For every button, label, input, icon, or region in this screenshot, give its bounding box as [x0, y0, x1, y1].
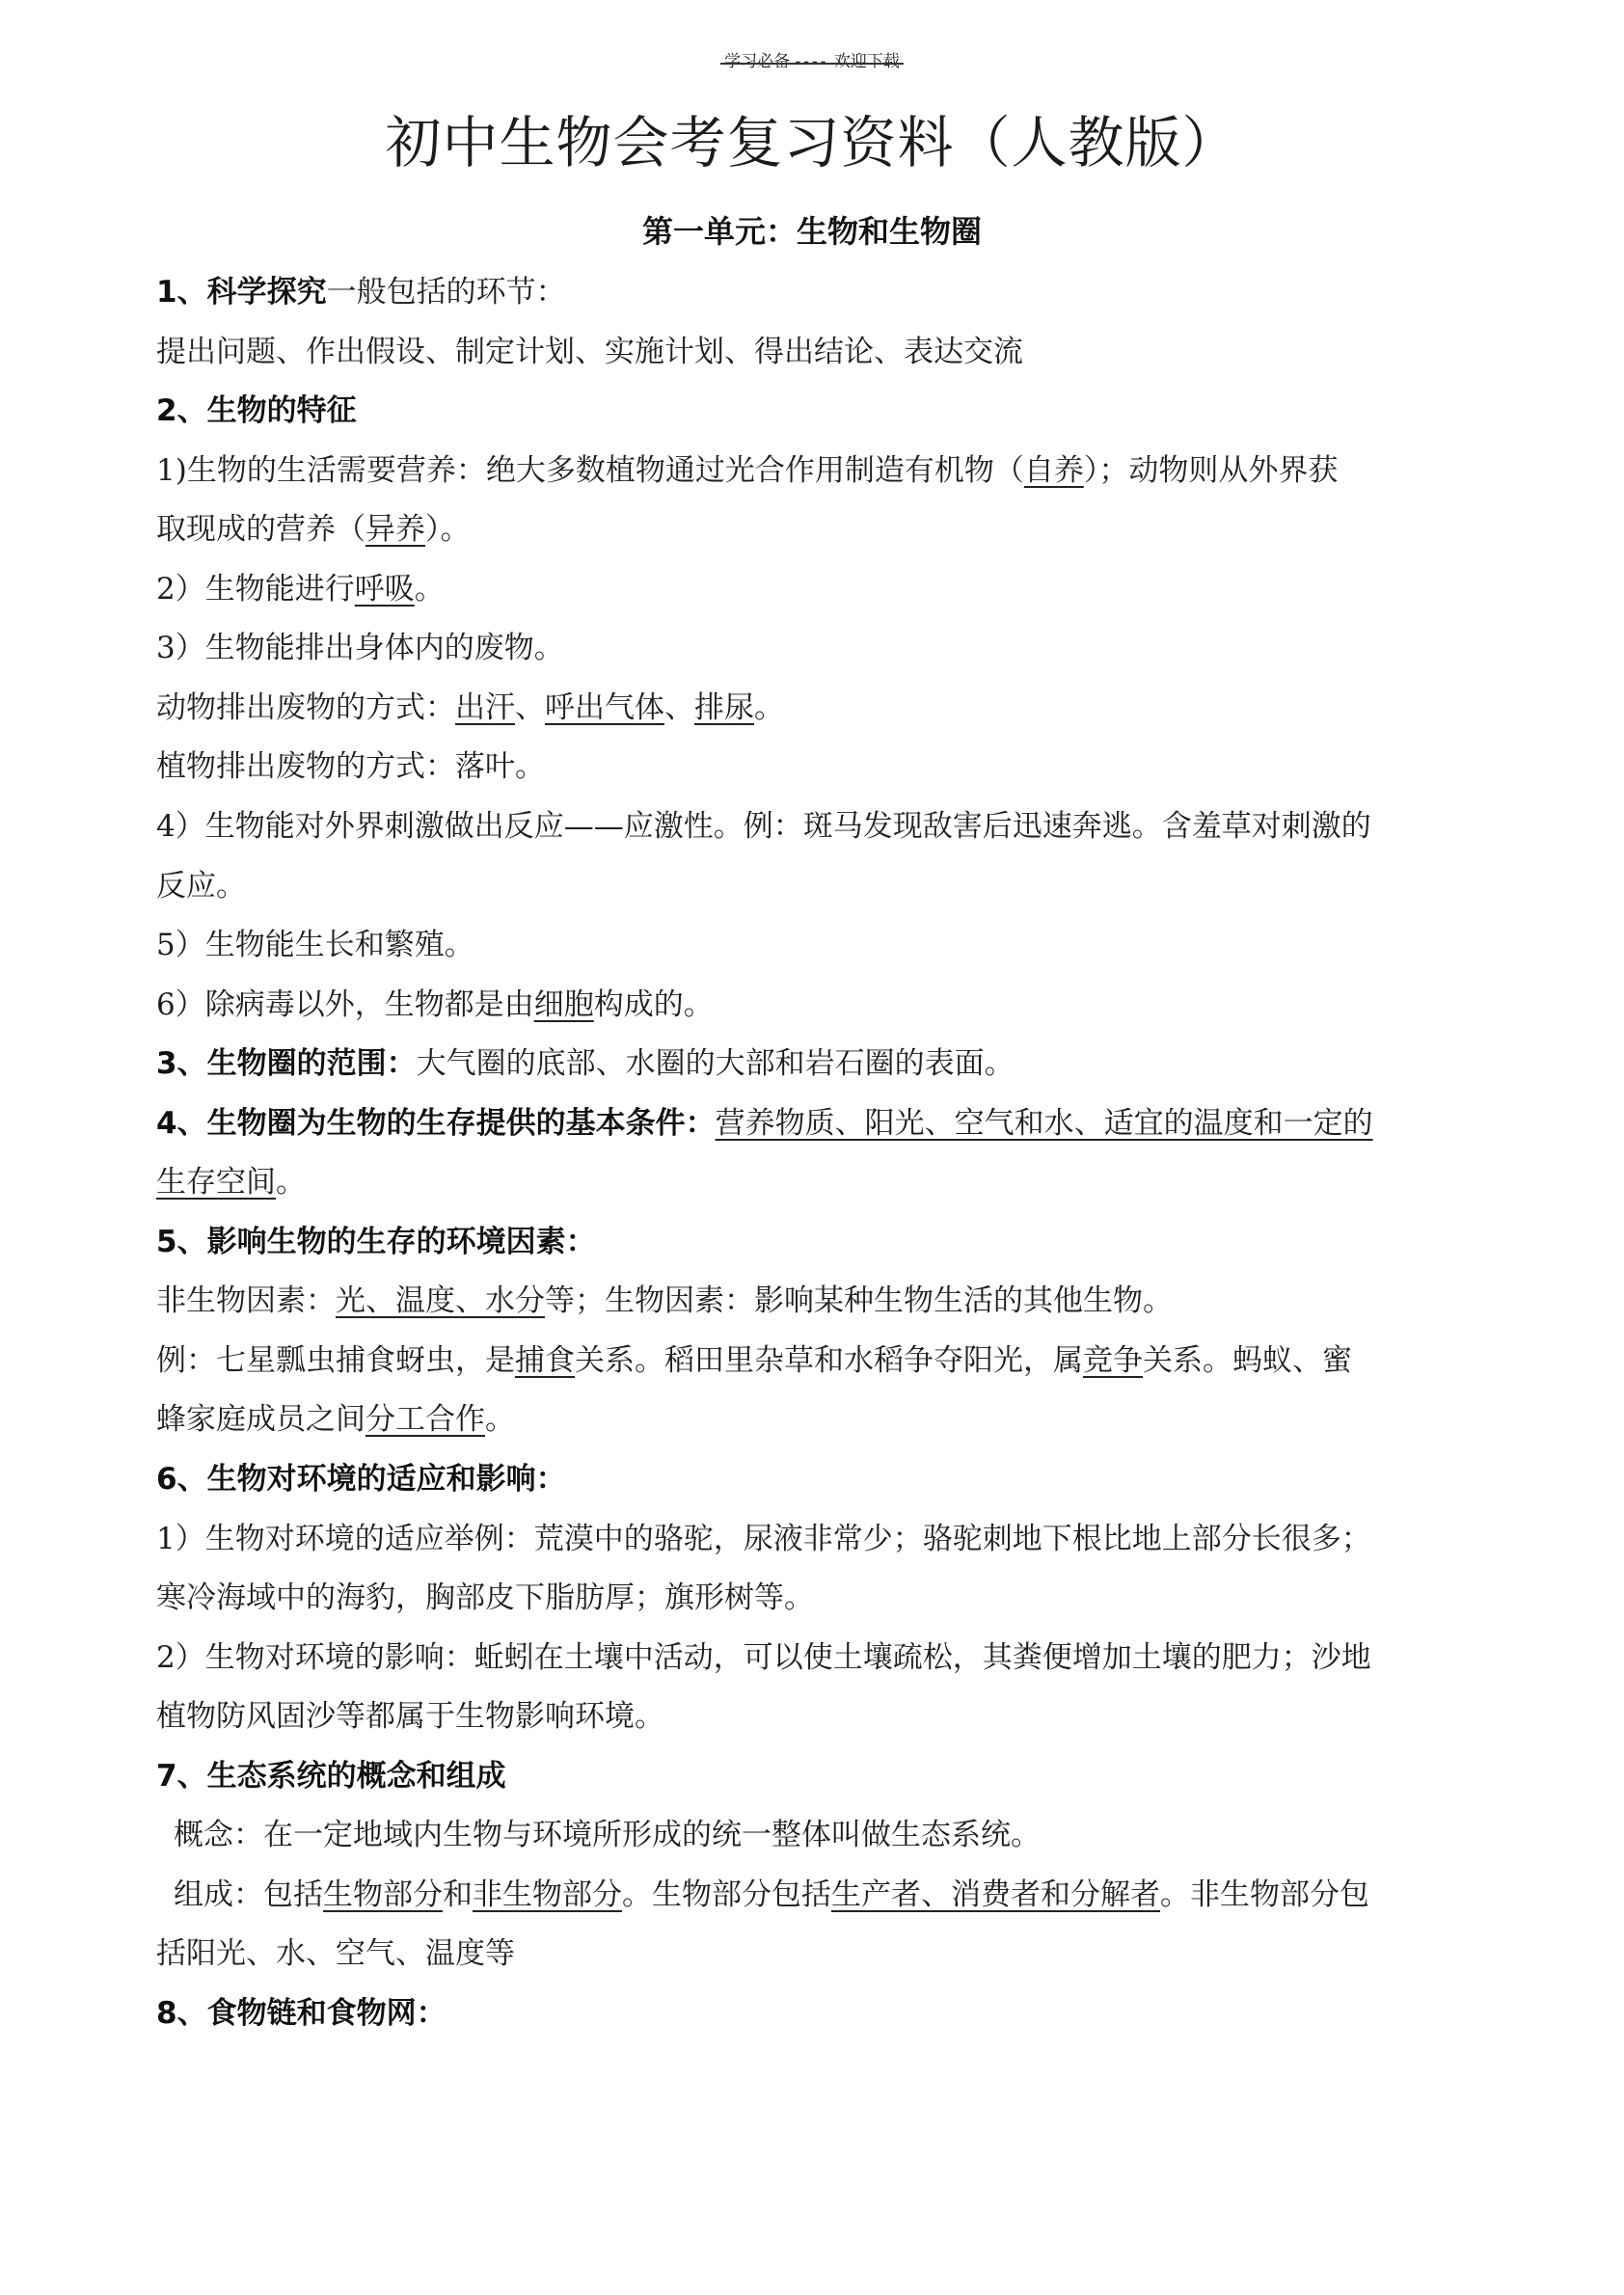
body-text: 寒冷海域中的海豹，胸部皮下脂肪厚；旗形树等。 [156, 1580, 814, 1615]
text-line: 1)生物的生活需要营养：绝大多数植物通过光合作用制造有机物（自养）；动物则从外界… [156, 450, 1497, 491]
body-text: 。 [276, 1165, 306, 1200]
text-line: 1、科学探究一般包括的环节： [156, 272, 1497, 312]
body-text: 1）生物对环境的适应举例：荒漠中的骆驼，尿液非常少；骆驼刺地下根比地上部分长很多… [156, 1522, 1371, 1556]
underlined-key-term: 生存空间 [156, 1165, 276, 1200]
body-text: 反应。 [156, 869, 246, 904]
body-text: 1)生物的生活需要营养：绝大多数植物通过光合作用制造有机物（ [156, 453, 1024, 488]
text-line: 3、生物圈的范围：大气圈的底部、水圈的大部和岩石圈的表面。 [156, 1043, 1497, 1084]
text-line: 反应。 [156, 866, 1497, 906]
body-text: 4）生物能对外界刺激做出反应——应激性。例：斑马发现敌害后迅速奔逃。含羞草对刺激… [156, 809, 1371, 844]
underlined-key-term: 分工合作 [365, 1402, 485, 1437]
text-line: 4）生物能对外界刺激做出反应——应激性。例：斑马发现敌害后迅速奔逃。含羞草对刺激… [156, 806, 1497, 847]
body-text: 取现成的营养（ [156, 512, 365, 547]
body-text: 植物防风固沙等都属于生物影响环境。 [156, 1699, 664, 1734]
body-text: 例：七星瓢虫捕食蚜虫，是 [156, 1343, 515, 1378]
text-line: 提出问题、作出假设、制定计划、实施计划、得出结论、表达交流 [156, 332, 1497, 372]
body-text: 提出问题、作出假设、制定计划、实施计划、得出结论、表达交流 [156, 335, 1023, 369]
body-text: 。 [485, 1402, 515, 1437]
section-heading-text: 3、生物圈的范围： [156, 1046, 417, 1081]
text-line: 6）除病毒以外，生物都是由细胞构成的。 [156, 985, 1497, 1025]
body-text: 、 [515, 690, 545, 725]
body-text: 大气圈的底部、水圈的大部和岩石圈的表面。 [417, 1046, 1015, 1081]
body-text: 关系。蚂蚁、蜜 [1143, 1343, 1352, 1378]
text-line: 植物防风固沙等都属于生物影响环境。 [156, 1696, 1497, 1737]
body-text: ）。 [425, 512, 471, 547]
text-line: 蜂家庭成员之间分工合作。 [156, 1399, 1497, 1440]
text-line: 5、影响生物的生存的环境因素： [156, 1222, 1497, 1262]
body-text: 和 [443, 1877, 473, 1912]
underlined-key-term: 排尿 [694, 690, 754, 725]
body-text: 概念：在一定地域内生物与环境所形成的统一整体叫做生态系统。 [174, 1818, 1041, 1852]
text-line: 1）生物对环境的适应举例：荒漠中的骆驼，尿液非常少；骆驼刺地下根比地上部分长很多… [156, 1519, 1497, 1559]
body-text: 括阳光、水、空气、温度等 [156, 1936, 515, 1971]
document-page: 学习必备 ---- 欢迎下载 初中生物会考复习资料（人教版） 第一单元：生物和生… [0, 0, 1624, 2295]
body-text: 3）生物能排出身体内的废物。 [156, 631, 564, 665]
text-line: 植物排出废物的方式：落叶。 [156, 746, 1497, 787]
text-line: 非生物因素：光、温度、水分等；生物因素：影响某种生物生活的其他生物。 [156, 1281, 1497, 1321]
body-text: 。 [754, 690, 784, 725]
body-text: 动物排出废物的方式： [156, 690, 455, 725]
underlined-key-term: 生产者、消费者和分解者 [831, 1877, 1160, 1912]
underlined-key-term: 非生物部分 [473, 1877, 622, 1912]
text-line: 动物排出废物的方式：出汗、呼出气体、排尿。 [156, 688, 1497, 728]
section-heading-text: 7、生态系统的概念和组成 [156, 1759, 506, 1794]
underlined-key-term: 捕食 [515, 1343, 575, 1378]
text-line: 6、生物对环境的适应和影响： [156, 1459, 1497, 1499]
document-body: 1、科学探究一般包括的环节：提出问题、作出假设、制定计划、实施计划、得出结论、表… [0, 0, 1624, 2295]
text-line: 生存空间。 [156, 1162, 1497, 1202]
text-line: 括阳光、水、空气、温度等 [156, 1933, 1497, 1974]
text-line: 2、生物的特征 [156, 391, 1497, 431]
underlined-key-term: 营养物质、阳光、空气和水、适宜的温度和一定的 [716, 1106, 1373, 1141]
body-text: 一般包括的环节： [327, 275, 566, 310]
body-text: 非生物因素： [156, 1283, 336, 1318]
body-text: 2）生物能进行 [156, 572, 355, 607]
body-text: 等；生物因素：影响某种生物生活的其他生物。 [545, 1283, 1173, 1318]
body-text: 构成的。 [594, 987, 714, 1022]
underlined-key-term: 竞争 [1083, 1343, 1143, 1378]
body-text: 2）生物对环境的影响：蚯蚓在土壤中活动，可以使土壤疏松，其粪便增加土壤的肥力；沙… [156, 1640, 1371, 1675]
text-line: 7、生态系统的概念和组成 [156, 1756, 1497, 1796]
text-line: 例：七星瓢虫捕食蚜虫，是捕食关系。稻田里杂草和水稻争夺阳光，属竞争关系。蚂蚁、蜜 [156, 1340, 1497, 1381]
section-heading-text: 2、生物的特征 [156, 393, 357, 428]
section-heading-text: 5、影响生物的生存的环境因素： [156, 1225, 596, 1259]
body-text: 6）除病毒以外，生物都是由 [156, 987, 534, 1022]
section-heading-text: 6、生物对环境的适应和影响： [156, 1462, 566, 1497]
body-text: 。非生物部分包 [1160, 1877, 1369, 1912]
body-text: 。 [415, 572, 445, 607]
underlined-key-term: 细胞 [534, 987, 594, 1022]
underlined-key-term: 呼吸 [355, 572, 415, 607]
text-line: 5）生物能生长和繁殖。 [156, 925, 1497, 965]
text-line: 2）生物能进行呼吸。 [156, 569, 1497, 609]
text-line: 8、食物链和食物网： [156, 1993, 1497, 2034]
text-line: 4、生物圈为生物的生存提供的基本条件：营养物质、阳光、空气和水、适宜的温度和一定… [156, 1103, 1497, 1144]
section-heading-text: 8、食物链和食物网： [156, 1996, 447, 2031]
text-line: 组成：包括生物部分和非生物部分。生物部分包括生产者、消费者和分解者。非生物部分包 [174, 1875, 1514, 1915]
body-text: 关系。稻田里杂草和水稻争夺阳光，属 [575, 1343, 1083, 1378]
underlined-key-term: 异养 [365, 512, 425, 547]
underlined-key-term: 呼出气体 [545, 690, 664, 725]
section-heading-text: 1、科学探究 [156, 275, 327, 310]
body-text: 、 [664, 690, 694, 725]
text-line: 3）生物能排出身体内的废物。 [156, 628, 1497, 668]
underlined-key-term: 生物部分 [323, 1877, 443, 1912]
text-line: 2）生物对环境的影响：蚯蚓在土壤中活动，可以使土壤疏松，其粪便增加土壤的肥力；沙… [156, 1637, 1497, 1678]
body-text: 植物排出废物的方式：落叶。 [156, 749, 545, 784]
section-heading-text: 4、生物圈为生物的生存提供的基本条件： [156, 1106, 716, 1141]
body-text: ）；动物则从外界获 [1084, 453, 1339, 488]
text-line: 概念：在一定地域内生物与环境所形成的统一整体叫做生态系统。 [174, 1815, 1514, 1855]
underlined-key-term: 自养 [1024, 453, 1084, 488]
underlined-key-term: 光、温度、水分 [336, 1283, 545, 1318]
body-text: 。生物部分包括 [622, 1877, 831, 1912]
text-line: 寒冷海域中的海豹，胸部皮下脂肪厚；旗形树等。 [156, 1578, 1497, 1618]
body-text: 蜂家庭成员之间 [156, 1402, 365, 1437]
body-text: 5）生物能生长和繁殖。 [156, 928, 474, 962]
body-text: 组成：包括 [174, 1877, 323, 1912]
text-line: 取现成的营养（异养）。 [156, 509, 1497, 550]
underlined-key-term: 出汗 [455, 690, 515, 725]
